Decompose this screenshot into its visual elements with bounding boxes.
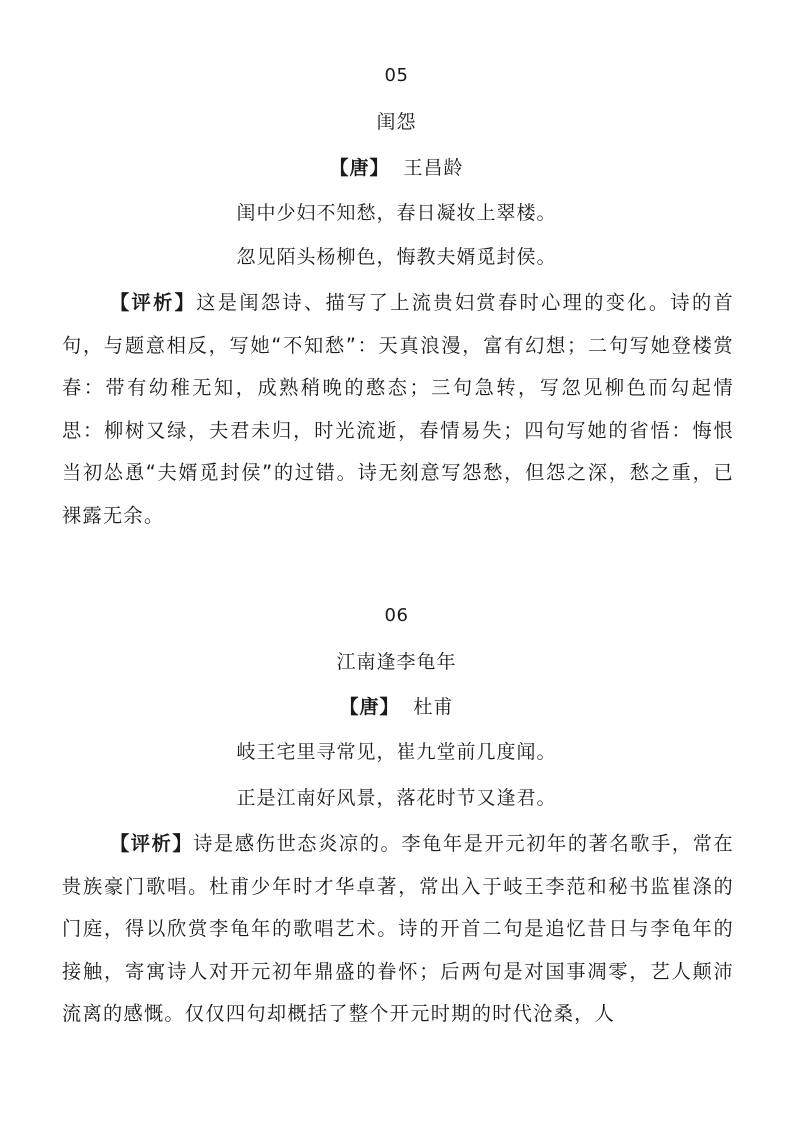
poem-number: 05 bbox=[0, 64, 793, 88]
poem-line: 闺中少妇不知愁，春日凝妆上翠楼。 bbox=[0, 201, 793, 225]
analysis-text: 诗是感伤世态炎凉的。李龟年是开元初年的著名歌手，常在贵族豪门歌唱。杜甫少年时才华… bbox=[62, 832, 734, 1025]
analysis-label: 【评析】 bbox=[110, 832, 193, 855]
poem-byline: 【唐】杜甫 bbox=[0, 695, 793, 719]
poem-line: 岐王宅里寻常见，崔九堂前几度闻。 bbox=[0, 740, 793, 764]
poem-line: 忽见陌头杨柳色，悔教夫婿觅封侯。 bbox=[0, 245, 793, 269]
poem-author: 王昌龄 bbox=[404, 157, 464, 179]
analysis-text: 这是闺怨诗、描写了上流贵妇赏春时心理的变化。诗的首句，与题意相反，写她“不知愁”… bbox=[62, 291, 734, 527]
analysis-label: 【评析】 bbox=[110, 291, 196, 314]
poem-analysis: 【评析】诗是感伤世态炎凉的。李龟年是开元初年的著名歌手，常在贵族豪门歌唱。杜甫少… bbox=[62, 823, 734, 1036]
poem-analysis: 【评析】这是闺怨诗、描写了上流贵妇赏春时心理的变化。诗的首句，与题意相反，写她“… bbox=[62, 282, 734, 537]
poem-line: 正是江南好风景，落花时节又逢君。 bbox=[0, 786, 793, 810]
poem-dynasty: 【唐】 bbox=[339, 696, 399, 718]
poem-dynasty: 【唐】 bbox=[329, 157, 389, 179]
poem-title: 江南逢李龟年 bbox=[0, 650, 793, 674]
poem-author: 杜甫 bbox=[414, 696, 454, 718]
poem-number: 06 bbox=[0, 604, 793, 628]
document-page: 05 闺怨 【唐】王昌龄 闺中少妇不知愁，春日凝妆上翠楼。 忽见陌头杨柳色，悔教… bbox=[0, 0, 793, 1122]
poem-title: 闺怨 bbox=[0, 110, 793, 134]
poem-byline: 【唐】王昌龄 bbox=[0, 156, 793, 180]
